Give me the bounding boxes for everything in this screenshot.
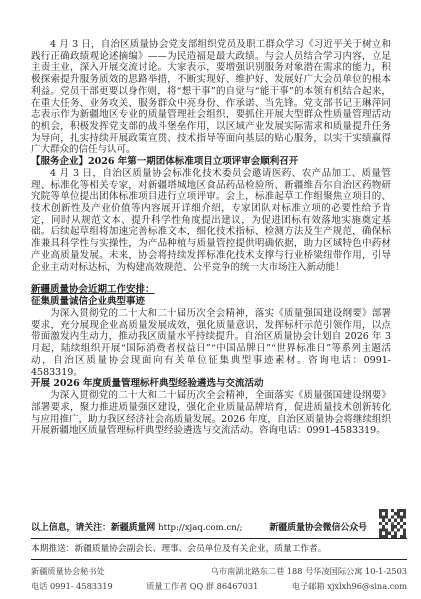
wechat-qr-code-icon: [379, 509, 406, 538]
newsletter-body: 4 月 3 日，自治区质量协会党支部组织党员及职工群众学习《习近平关于树立和践行…: [31, 39, 391, 437]
website-url: http://xjaq.com.cn/;: [158, 523, 243, 533]
footer-contact-row: 电话 0991- 4583319 质量工作者 QQ 群 86467031 电子邮…: [31, 577, 407, 592]
follow-label: 以上信息，请关注：新疆质量网: [31, 523, 155, 533]
newsletter-page: 4 月 3 日，自治区质量协会党支部组织党员及职工群众学习《习近平关于树立和践行…: [0, 0, 421, 599]
office-address: 乌市南湖北路东二巷 188 号华凌国际公寓 10-1-2503: [211, 566, 407, 577]
benchmark-activity-heading: 开展 2026 年度质量管理标杆典型经验遴选与交流活动: [31, 378, 391, 390]
integrity-collection-heading: 征集质量诚信企业典型事迹: [31, 296, 391, 308]
benchmark-activity-paragraph: 为深入贯彻党的二十大和二十届历次全会精神，全面落实《质量强国建设纲要》部署要求，…: [31, 390, 391, 437]
qq-group-number: 质量工作者 QQ 群 86467031: [146, 581, 258, 592]
footer-audience-row: 本期推送：新疆质量协会副会长、理事、会员单位及有关企业，质量工作者。: [31, 539, 407, 560]
email-address: 电子邮箱 xjxlxh96@sina.com: [292, 581, 407, 592]
phone-number: 电话 0991- 4583319: [31, 581, 113, 592]
wechat-account-label: 新疆质量协会微信公众号: [269, 520, 367, 533]
footer-follow-row: 以上信息，请关注：新疆质量网 http://xjaq.com.cn/; 新疆质量…: [31, 520, 407, 539]
follow-info: 以上信息，请关注：新疆质量网 http://xjaq.com.cn/;: [31, 520, 243, 533]
standards-review-paragraph: 4 月 3 日，自治区质量协会标准化技术委员会邀请医药、农产品加工、质量管理、标…: [31, 168, 391, 273]
footer-org-row: 新疆质量协会秘书处 乌市南湖北路东二巷 188 号华凌国际公寓 10-1-250…: [31, 560, 407, 577]
party-study-paragraph: 4 月 3 日，自治区质量协会党支部组织党员及职工群众学习《习近平关于树立和践行…: [31, 39, 391, 156]
upcoming-work-heading-text: 新疆质量协会近期工作安排：: [31, 284, 155, 295]
secretariat-name: 新疆质量协会秘书处: [31, 566, 105, 577]
upcoming-work-heading: 新疆质量协会近期工作安排：: [31, 284, 391, 296]
newsletter-footer: 以上信息，请关注：新疆质量网 http://xjaq.com.cn/; 新疆质量…: [31, 520, 407, 592]
integrity-collection-paragraph: 为深入贯彻党的二十大和二十届历次全会精神，落实《质量强国建设纲要》部署要求，充分…: [31, 308, 391, 378]
serving-enterprises-heading: 【服务企业】2026 年第一期团体标准项目立项评审会顺利召开: [31, 156, 391, 168]
